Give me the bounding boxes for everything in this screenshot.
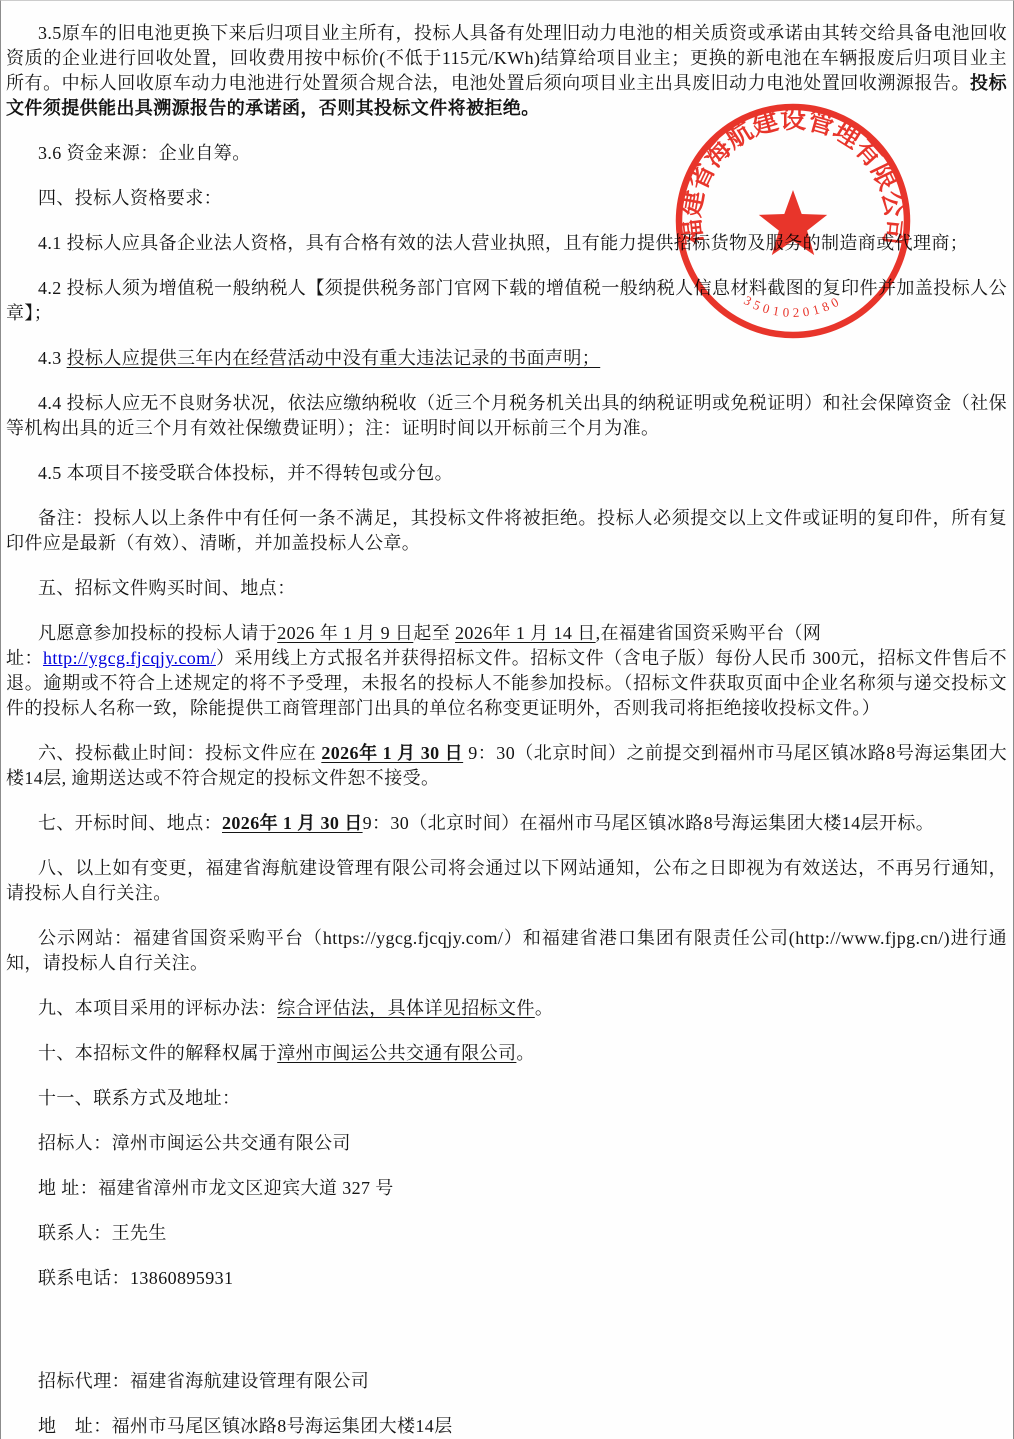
text-segment: 。 [535, 998, 553, 1018]
text-segment: 地 址：福州市马尾区镇冰路8号海运集团大楼14层 [38, 1416, 453, 1436]
text-segment: 2026年 1 月 30 日 [321, 743, 463, 763]
text-segment: 4.1 投标人应具备企业法人资格，具有合格有效的法人营业执照，且有能力提供招标货… [38, 233, 968, 253]
text-segment: 漳州市闽运公共交通有限公司 [277, 1043, 516, 1063]
text-segment: 3.5原车的旧电池更换下来后归项目业主所有，投标人具备有处理旧动力电池的相关质资… [6, 23, 1007, 93]
paragraph-container: 3.5原车的旧电池更换下来后归项目业主所有，投标人具备有处理旧动力电池的相关质资… [6, 21, 1007, 1439]
text-segment: 4.5 本项目不接受联合体投标，并不得转包或分包。 [38, 463, 453, 483]
text-segment: 综合评估法，具体详见招标文件 [277, 998, 535, 1018]
para-3-6: 3.6 资金来源：企业自筹。 [6, 141, 1007, 166]
text-segment: 联系人：王先生 [38, 1223, 167, 1243]
para-4-1: 4.1 投标人应具备企业法人资格，具有合格有效的法人营业执照，且有能力提供招标货… [6, 231, 1007, 256]
section-6-deadline: 六、投标截止时间：投标文件应在 2026年 1 月 30 日 9：30（北京时间… [6, 741, 1007, 791]
text-segment: 2026 年 1 月 9 日 [277, 623, 413, 643]
text-segment: 投标人应提供三年内在经营活动中没有重大违法记录的书面声明； [67, 348, 601, 368]
text-segment: 公示网站：福建省国资采购平台（https://ygcg.fjcqjy.com/）… [6, 928, 1007, 973]
section-5-heading: 五、招标文件购买时间、地点： [6, 576, 1007, 601]
text-segment: 招标代理：福建省海航建设管理有限公司 [38, 1371, 369, 1391]
para-4-2: 4.2 投标人须为增值税一般纳税人【须提供税务部门官网下载的增值税一般纳税人信息… [6, 276, 1007, 326]
text-segment: 五、招标文件购买时间、地点： [38, 578, 296, 598]
para-4-4: 4.4 投标人应无不良财务状况，依法应缴纳税收（近三个月税务机关出具的纳税证明或… [6, 391, 1007, 441]
para-remark: 备注：投标人以上条件中有任何一条不满足，其投标文件将被拒绝。投标人必须提交以上文… [6, 506, 1007, 556]
para-4-5: 4.5 本项目不接受联合体投标，并不得转包或分包。 [6, 461, 1007, 486]
para-3-5: 3.5原车的旧电池更换下来后归项目业主所有，投标人具备有处理旧动力电池的相关质资… [6, 21, 1007, 121]
document-page: { "seal": { "company": "福建省海航建设管理有限公司", … [0, 0, 1014, 1439]
section-4-heading: 四、投标人资格要求： [6, 186, 1007, 211]
text-segment: 起至 [413, 623, 455, 643]
section-7-opening: 七、开标时间、地点：2026年 1 月 30 日9：30（北京时间）在福州市马尾… [6, 811, 1007, 836]
para-purchase: 凡愿意参加投标的投标人请于2026 年 1 月 9 日起至 2026年 1 月 … [6, 621, 1007, 721]
text-segment: 招标人：漳州市闽运公共交通有限公司 [38, 1133, 351, 1153]
para-contact-person: 联系人：王先生 [6, 1221, 1007, 1246]
text-segment: 4.3 [38, 348, 67, 368]
section-9-evaluation: 九、本项目采用的评标办法：综合评估法，具体详见招标文件。 [6, 996, 1007, 1021]
document-body: 3.5原车的旧电池更换下来后归项目业主所有，投标人具备有处理旧动力电池的相关质资… [0, 0, 1014, 1439]
text-segment: 十、本招标文件的解释权属于 [38, 1043, 277, 1063]
text-segment: 4.2 投标人须为增值税一般纳税人【须提供税务部门官网下载的增值税一般纳税人信息… [6, 278, 1007, 323]
text-segment: 七、开标时间、地点： [38, 813, 222, 833]
text-segment: 六、投标截止时间：投标文件应在 [38, 743, 321, 763]
inline-link[interactable]: http://ygcg.fjcqjy.com/ [43, 648, 216, 668]
text-segment: 9：30（北京时间）在福州市马尾区镇冰路8号海运集团大楼14层开标。 [363, 813, 935, 833]
text-segment: 备注：投标人以上条件中有任何一条不满足，其投标文件将被拒绝。投标人必须提交以上文… [6, 508, 1007, 553]
para-tenderer: 招标人：漳州市闽运公共交通有限公司 [6, 1131, 1007, 1156]
text-segment: ,在福建省国资采购平台（网 [596, 623, 822, 643]
text-segment: 十一、联系方式及地址： [38, 1088, 240, 1108]
para-4-3: 4.3 投标人应提供三年内在经营活动中没有重大违法记录的书面声明； [6, 346, 1007, 371]
para-tenderer-address: 地 址：福建省漳州市龙文区迎宾大道 327 号 [6, 1176, 1007, 1201]
text-segment: 4.4 投标人应无不良财务状况，依法应缴纳税收（近三个月税务机关出具的纳税证明或… [6, 393, 1007, 438]
section-10-interpretation: 十、本招标文件的解释权属于漳州市闽运公共交通有限公司。 [6, 1041, 1007, 1066]
text-segment: 址： [6, 648, 43, 668]
blank-gap [6, 1291, 1007, 1349]
text-segment: 联系电话：13860895931 [38, 1268, 233, 1288]
text-segment: 2026年 1 月 30 日 [222, 813, 363, 833]
text-segment: 。 [516, 1043, 534, 1063]
section-8-changes: 八、以上如有变更，福建省海航建设管理有限公司将会通过以下网站通知，公布之日即视为… [6, 856, 1007, 906]
para-agent: 招标代理：福建省海航建设管理有限公司 [6, 1369, 1007, 1394]
text-segment: 2026年 1 月 14 日 [455, 623, 596, 643]
para-publicity-sites: 公示网站：福建省国资采购平台（https://ygcg.fjcqjy.com/）… [6, 926, 1007, 976]
text-segment: 3.6 资金来源：企业自筹。 [38, 143, 251, 163]
para-contact-phone: 联系电话：13860895931 [6, 1266, 1007, 1291]
text-segment: 地 址：福建省漳州市龙文区迎宾大道 327 号 [38, 1178, 394, 1198]
text-segment: 九、本项目采用的评标办法： [38, 998, 277, 1018]
text-segment: 凡愿意参加投标的投标人请于 [38, 623, 277, 643]
text-segment: 八、以上如有变更，福建省海航建设管理有限公司将会通过以下网站通知，公布之日即视为… [6, 858, 1007, 903]
para-agent-address: 地 址：福州市马尾区镇冰路8号海运集团大楼14层 [6, 1414, 1007, 1439]
text-segment: 四、投标人资格要求： [38, 188, 222, 208]
section-11-contact-heading: 十一、联系方式及地址： [6, 1086, 1007, 1111]
